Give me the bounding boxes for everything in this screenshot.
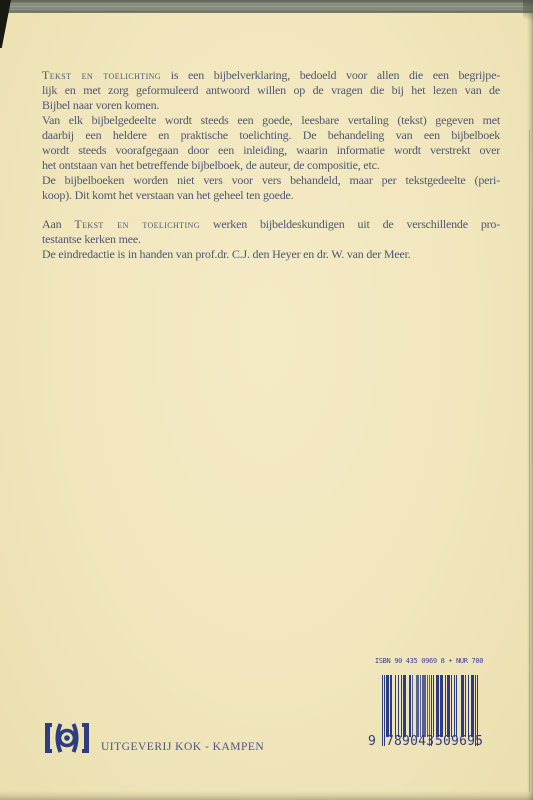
isbn-text: ISBN 90 435 0969 8 • NUR 700 (368, 657, 490, 665)
barcode-digit-group2: 509695 (435, 734, 480, 749)
barcode-digits: 9 789043 509695 (356, 734, 488, 751)
barcode-digit-prefix: 9 (368, 734, 376, 749)
back-cover-text: Tekst en toelichting is een bijbelverkla… (42, 68, 500, 262)
publisher-row: UITGEVERIJ KOK - KAMPEN (44, 720, 264, 756)
page-edge-texture (0, 0, 533, 13)
barcode-block: ISBN 90 435 0969 8 • NUR 700 9 789043 50… (356, 654, 488, 758)
right-edge-shadow (527, 13, 533, 800)
right-page-edge-line (529, 130, 530, 792)
bottom-edge-shadow (0, 791, 533, 800)
book-back-cover: Tekst en toelichting is een bijbelverkla… (0, 0, 533, 800)
barcode-digit-group1: 789043 (386, 734, 431, 749)
kok-logo (44, 720, 90, 756)
top-left-shadow (0, 0, 11, 48)
publisher-name: UITGEVERIJ KOK - KAMPEN (101, 741, 264, 756)
